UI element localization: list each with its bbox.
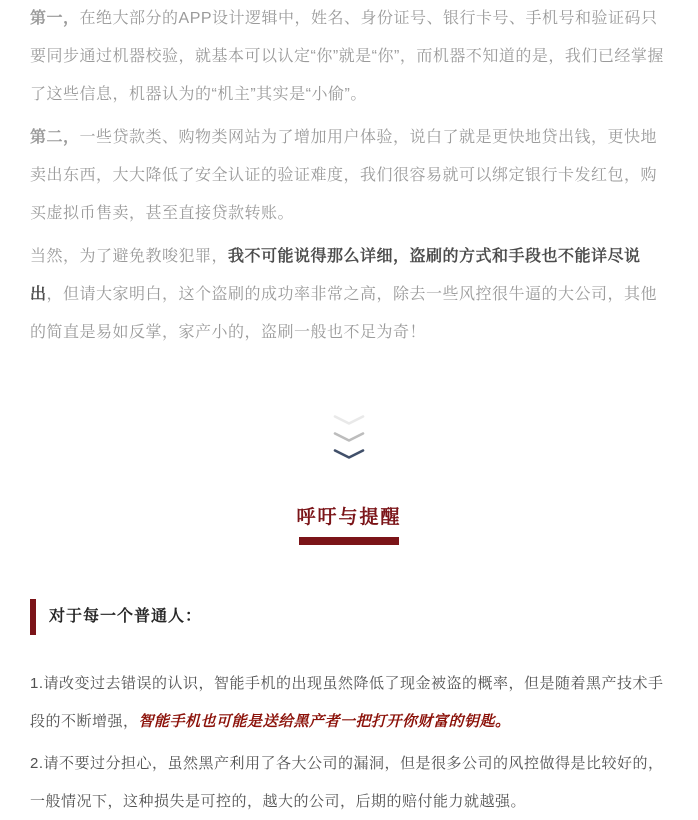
section-title-underline [299, 537, 399, 545]
article-content: 第一，在绝大部分的APP设计逻辑中，姓名、身份证号、银行卡号、手机号和验证码只要… [0, 0, 698, 820]
paragraph-text: 当然，为了避免教唆犯罪， [30, 248, 228, 265]
scroll-divider [329, 414, 369, 465]
tip-emphasis-text: 智能手机也可能是送给黑产者一把打开你财富的钥匙。 [139, 713, 511, 730]
chevron-down-icon [332, 431, 366, 443]
section-title: 呼吁与提醒 [30, 505, 668, 531]
paragraph-text: 在绝大部分的APP设计逻辑中，姓名、身份证号、银行卡号、手机号和验证码只要同步通… [30, 10, 664, 103]
tip-paragraph-1: 1.请改变过去错误的认识，智能手机的出现虽然降低了现金被盗的概率，但是随着黑产技… [30, 665, 668, 741]
paragraph-text: ，但请大家明白，这个盗刷的成功率非常之高，除去一些风控很牛逼的大公司，其他的简直… [30, 286, 657, 341]
paragraph-lead: 第二， [30, 129, 80, 146]
tip-paragraph-2: 2.请不要过分担心，虽然黑产利用了各大公司的漏洞，但是很多公司的风控做得是比较好… [30, 745, 668, 820]
tip-text: 2.请不要过分担心，虽然黑产利用了各大公司的漏洞，但是很多公司的风控做得是比较好… [30, 755, 664, 810]
chevron-down-icon [332, 414, 366, 426]
section-header: 呼吁与提醒 [30, 505, 668, 545]
quote-text: 对于每一个普通人： [49, 608, 202, 625]
paragraph-lead: 第一， [30, 10, 80, 27]
chevron-down-icon [332, 448, 366, 460]
paragraph-text: 一些贷款类、购物类网站为了增加用户体验，说白了就是更快地贷出钱，更快地卖出东西，… [30, 129, 657, 222]
article-page: 第一，在绝大部分的APP设计逻辑中，姓名、身份证号、银行卡号、手机号和验证码只要… [0, 0, 698, 820]
paragraph-caveat: 当然，为了避免教唆犯罪，我不可能说得那么详细，盗刷的方式和手段也不能详尽说出，但… [30, 238, 668, 352]
quote-block: 对于每一个普通人： [30, 599, 668, 635]
paragraph-second: 第二，一些贷款类、购物类网站为了增加用户体验，说白了就是更快地贷出钱，更快地卖出… [30, 119, 668, 233]
paragraph-first: 第一，在绝大部分的APP设计逻辑中，姓名、身份证号、银行卡号、手机号和验证码只要… [30, 0, 668, 114]
